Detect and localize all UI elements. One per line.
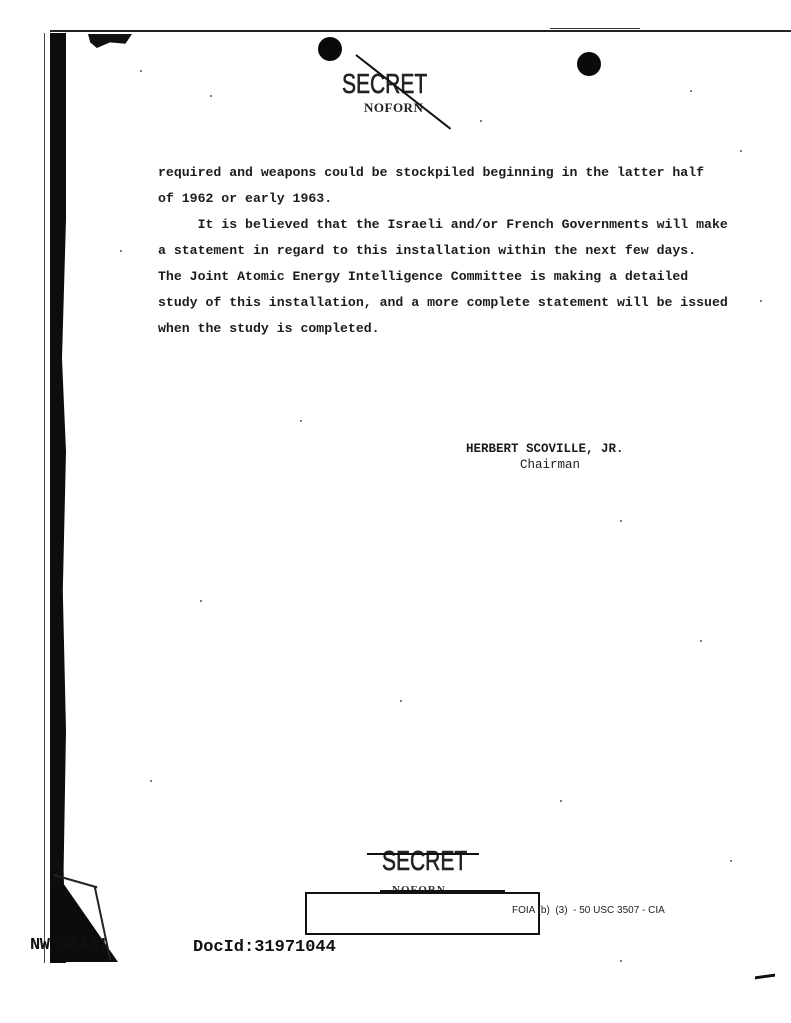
left-scan-shadow bbox=[50, 33, 66, 963]
top-scan-edge bbox=[50, 30, 791, 32]
memo-body: required and weapons could be stockpiled… bbox=[158, 160, 738, 342]
punch-hole-icon bbox=[577, 52, 601, 76]
document-id: DocId:31971044 bbox=[193, 938, 336, 957]
signatory-title: Chairman bbox=[466, 457, 624, 473]
ink-blot bbox=[88, 34, 132, 48]
body-line: study of this installation, and a more c… bbox=[158, 290, 738, 316]
body-line: when the study is completed. bbox=[158, 316, 738, 342]
body-line: The Joint Atomic Energy Intelligence Com… bbox=[158, 264, 738, 290]
signatory-name: HERBERT SCOVILLE, JR. bbox=[466, 442, 624, 456]
classification-stamp-bottom: SECRET bbox=[382, 845, 467, 877]
signature-block: HERBERT SCOVILLE, JR. Chairman bbox=[466, 441, 624, 473]
body-line: a statement in regard to this installati… bbox=[158, 238, 738, 264]
left-scan-line bbox=[44, 33, 45, 963]
body-line: It is believed that the Israeli and/or F… bbox=[158, 212, 738, 238]
body-line: required and weapons could be stockpiled… bbox=[158, 160, 738, 186]
punch-hole-icon bbox=[318, 37, 342, 61]
nw-number: NW 38431 bbox=[30, 936, 108, 955]
body-line: of 1962 or early 1963. bbox=[158, 186, 738, 212]
foia-exemption-label: FOIA (b) (3) - 50 USC 3507 - CIA bbox=[512, 905, 665, 916]
top-scan-edge-secondary bbox=[550, 28, 640, 29]
scan-mark bbox=[755, 974, 775, 980]
redaction-box bbox=[305, 892, 540, 935]
classification-stamp-top: SECRET bbox=[342, 68, 427, 100]
classification-strike-line bbox=[367, 853, 479, 855]
